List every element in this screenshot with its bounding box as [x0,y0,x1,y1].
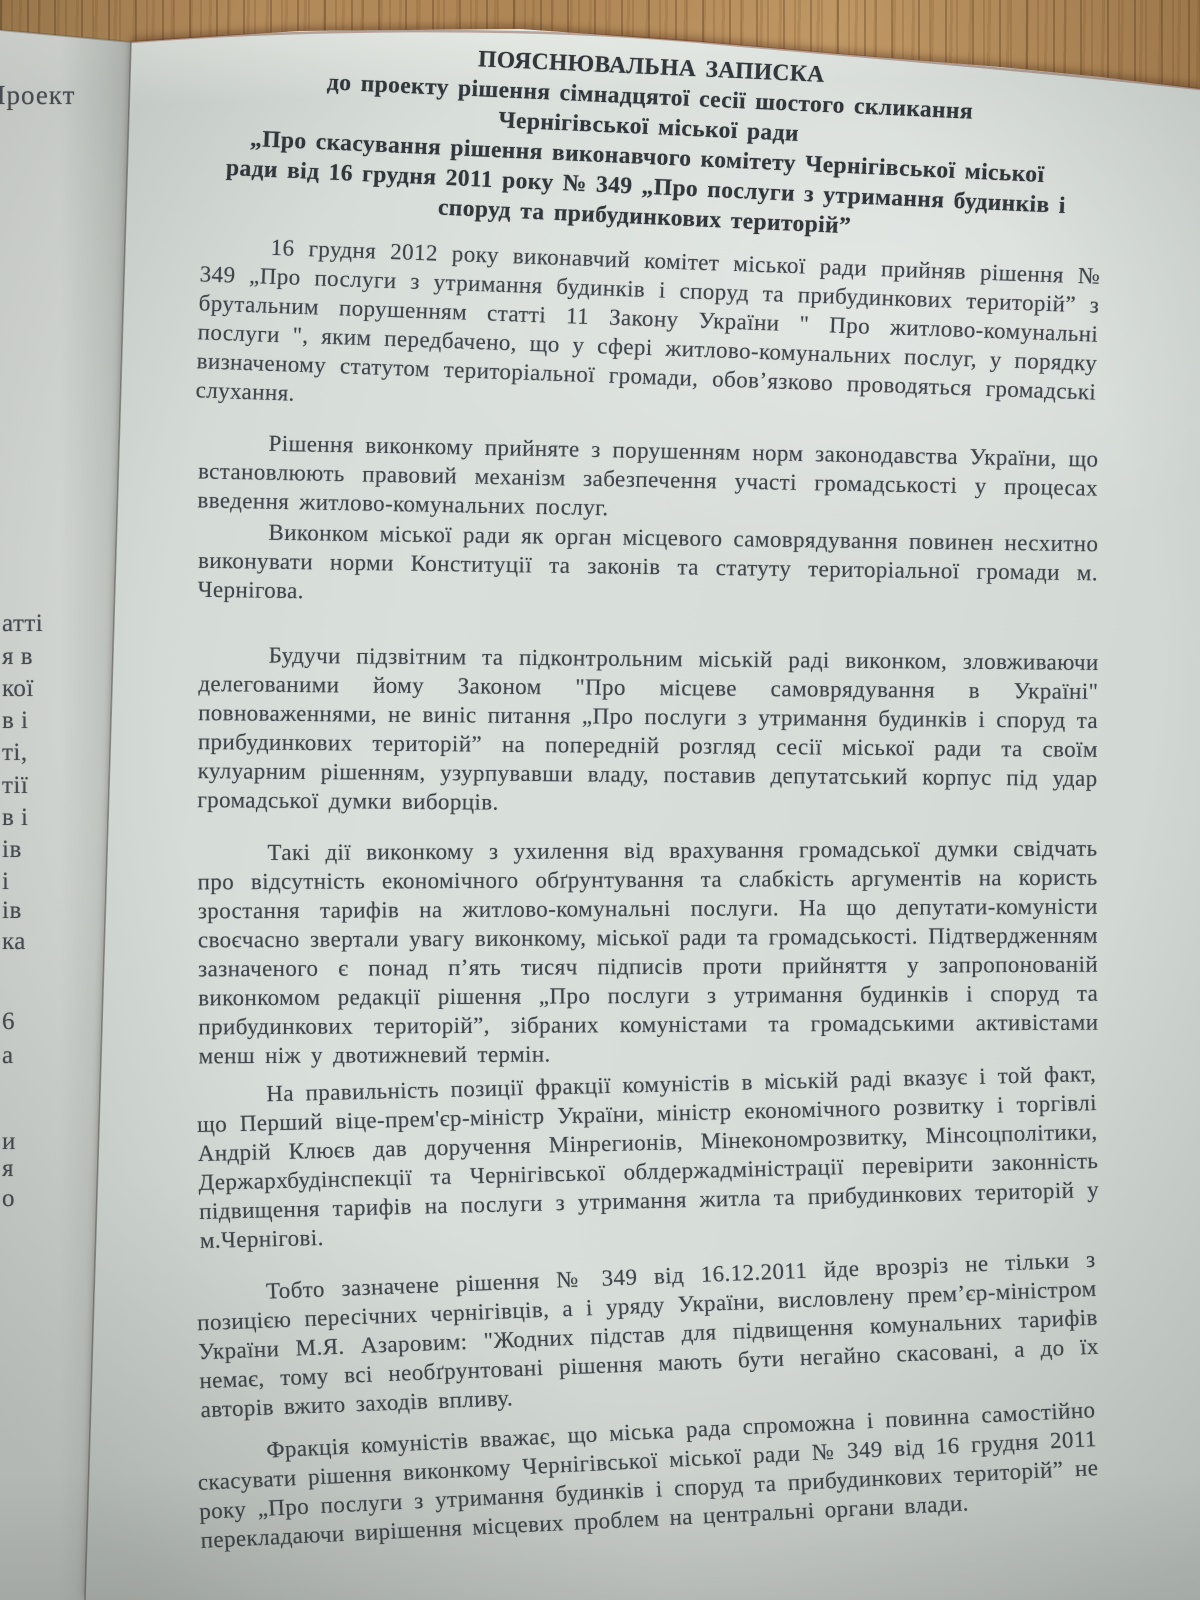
document-page: ПОЯСНЮВАЛЬНА ЗАПИСКА до проекту рішення … [0,0,1200,1600]
paragraph-7: Тобто зазначене рішення № 349 від 16.12.… [196,1245,1101,1424]
document-text-column: ПОЯСНЮВАЛЬНА ЗАПИСКА до проекту рішення … [198,52,1098,1533]
paragraph-6: На правильність позиції фракції комуніст… [196,1059,1100,1255]
photo-background: Проект аттія вкоїв іті,тіїв іівіівка6аия… [0,0,1200,1600]
paragraph-5: Такі дії виконкому з ухилення від врахув… [197,834,1098,1071]
paragraph-2: Рішення виконкому прийняте з порушенням … [197,427,1099,531]
paragraph-3: Виконком міської ради як орган місцевого… [197,517,1098,617]
paragraph-4: Будучи підзвітним та підконтрольним місь… [197,640,1098,822]
paragraph-1: 16 грудня 2012 року виконавчий комітет м… [195,230,1101,435]
document-title: ПОЯСНЮВАЛЬНА ЗАПИСКА до проекту рішення … [194,32,1101,253]
document-sheet-shadow: ПОЯСНЮВАЛЬНА ЗАПИСКА до проекту рішення … [0,0,1200,1600]
